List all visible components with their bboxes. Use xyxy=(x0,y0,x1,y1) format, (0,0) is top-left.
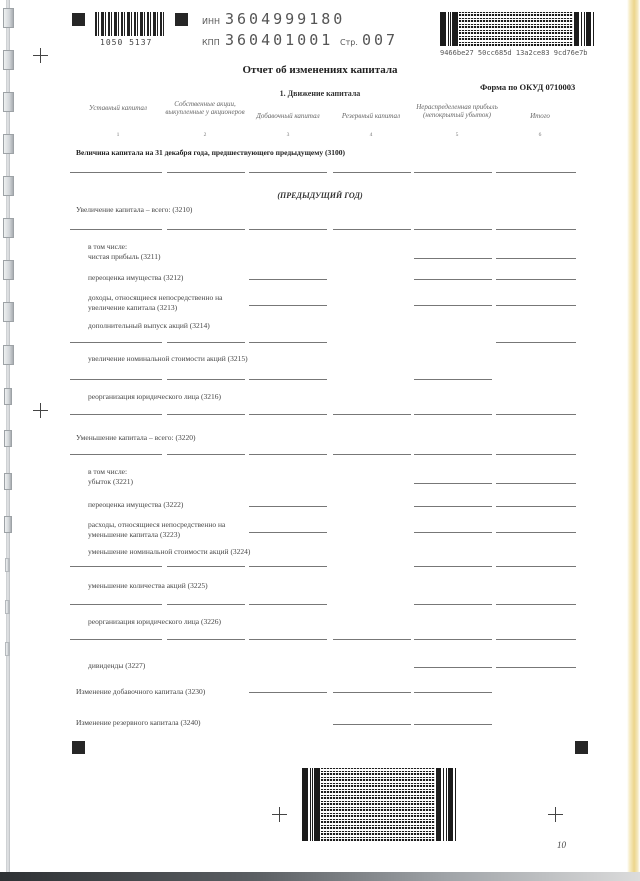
entry-line-col-5 xyxy=(414,724,492,725)
binder-ring xyxy=(3,218,14,238)
kpp-value: 360401001 xyxy=(225,31,333,49)
entry-line-col-2 xyxy=(167,379,245,380)
period-label: (ПРЕДЫДУЩИЙ ГОД) xyxy=(0,191,640,200)
entry-line-col-2 xyxy=(167,229,245,230)
entry-line-col-3 xyxy=(249,279,327,280)
binder-ring xyxy=(4,430,12,447)
entry-line-col-3 xyxy=(249,639,327,640)
page-value: 007 xyxy=(362,31,398,49)
column-header: Добавочный капитал xyxy=(248,112,328,120)
linear-barcode xyxy=(95,12,165,36)
page-label: Стр. xyxy=(340,38,358,47)
entry-line-col-5 xyxy=(414,639,492,640)
entry-line-col-6 xyxy=(496,454,576,455)
registration-cross-icon xyxy=(33,403,48,418)
entry-line-col-5 xyxy=(414,172,492,173)
binder-ring xyxy=(4,388,12,405)
entry-line-col-6 xyxy=(496,342,576,343)
entry-line-col-1 xyxy=(70,172,162,173)
entry-line-col-2 xyxy=(167,604,245,605)
entry-line-col-5 xyxy=(414,258,492,259)
entry-line-col-6 xyxy=(496,258,576,259)
entry-line-col-3 xyxy=(249,506,327,507)
row-label-3216: реорганизация юридического лица (3216) xyxy=(88,392,221,402)
entry-line-col-2 xyxy=(167,454,245,455)
binder-ring xyxy=(5,642,10,656)
pdf417-guard xyxy=(302,768,320,841)
row-label-3210: Увеличение капитала – всего: (3210) xyxy=(76,205,192,215)
barcode-number: 1050 5137 xyxy=(100,38,152,47)
row-label-3221: убыток (3221) xyxy=(88,477,133,487)
entry-line-col-6 xyxy=(496,604,576,605)
column-number: 5 xyxy=(447,132,467,138)
entry-line-col-5 xyxy=(414,414,492,415)
entry-line-col-4 xyxy=(333,172,411,173)
inn-label: ИНН xyxy=(202,17,220,26)
entry-line-col-2 xyxy=(167,342,245,343)
binder-ring xyxy=(3,345,14,365)
registration-cross-icon xyxy=(33,48,48,63)
pdf417-guard xyxy=(436,768,456,841)
entry-line-col-6 xyxy=(496,667,576,668)
row-label-3222: переоценка имущества (3222) xyxy=(88,500,183,510)
entry-line-col-2 xyxy=(167,172,245,173)
entry-line-col-5 xyxy=(414,667,492,668)
entry-line-col-5 xyxy=(414,506,492,507)
binder-ring xyxy=(3,302,14,322)
row-prefix: в том числе: xyxy=(88,467,127,477)
binder-ring xyxy=(5,558,10,572)
entry-line-col-6 xyxy=(496,483,576,484)
column-header: Собственные акции, выкупленные у акционе… xyxy=(165,100,245,116)
binder-ring xyxy=(5,600,10,614)
corner-marker-icon xyxy=(175,13,188,26)
entry-line-col-6 xyxy=(496,279,576,280)
entry-line-col-5 xyxy=(414,566,492,567)
entry-line-col-2 xyxy=(167,414,245,415)
entry-line-col-3 xyxy=(249,604,327,605)
entry-line-col-5 xyxy=(414,454,492,455)
column-header: Резервный капитал xyxy=(331,112,411,120)
column-number: 1 xyxy=(108,132,128,138)
row-label-3215: увеличение номинальной стоимости акций (… xyxy=(88,354,248,364)
entry-line-col-6 xyxy=(496,229,576,230)
entry-line-col-4 xyxy=(333,692,411,693)
entry-line-col-1 xyxy=(70,229,162,230)
entry-line-col-1 xyxy=(70,414,162,415)
inn-value: 3604999180 xyxy=(225,10,345,28)
entry-line-col-3 xyxy=(249,532,327,533)
entry-line-col-3 xyxy=(249,566,327,567)
handwritten-page-number: 10 xyxy=(557,840,566,850)
registration-cross-icon xyxy=(272,807,287,822)
entry-line-col-6 xyxy=(496,566,576,567)
column-number: 2 xyxy=(195,132,215,138)
entry-line-col-6 xyxy=(496,305,576,306)
page-edge-bottom xyxy=(0,872,640,881)
entry-line-col-5 xyxy=(414,692,492,693)
row-label-3227: дивиденды (3227) xyxy=(88,661,145,671)
entry-line-col-3 xyxy=(249,379,327,380)
entry-line-col-5 xyxy=(414,604,492,605)
pdf417-code xyxy=(321,768,435,841)
row-label-3100: Величина капитала на 31 декабря года, пр… xyxy=(76,148,345,158)
binder-ring xyxy=(3,260,14,280)
corner-marker-icon xyxy=(72,13,85,26)
row-label-3230: Изменение добавочного капитала (3230) xyxy=(76,687,205,697)
row-label-3213: доходы, относящиеся непосредственно на у… xyxy=(88,293,253,313)
row-prefix: в том числе: xyxy=(88,242,127,252)
binder-ring xyxy=(3,134,14,154)
entry-line-col-3 xyxy=(249,172,327,173)
entry-line-col-4 xyxy=(333,414,411,415)
entry-line-col-1 xyxy=(70,639,162,640)
entry-line-col-5 xyxy=(414,279,492,280)
entry-line-col-6 xyxy=(496,532,576,533)
entry-line-col-1 xyxy=(70,379,162,380)
entry-line-col-6 xyxy=(496,172,576,173)
entry-line-col-6 xyxy=(496,506,576,507)
entry-line-col-2 xyxy=(167,566,245,567)
entry-line-col-2 xyxy=(167,639,245,640)
binder-ring xyxy=(4,473,12,490)
row-label-3211: чистая прибыль (3211) xyxy=(88,252,161,262)
column-header: Нераспределенная прибыль (непокрытый убы… xyxy=(414,103,500,119)
entry-line-col-6 xyxy=(496,639,576,640)
row-label-3225: уменьшение количества акций (3225) xyxy=(88,581,208,591)
section-title: 1. Движение капитала xyxy=(0,89,640,98)
entry-line-col-4 xyxy=(333,724,411,725)
entry-line-col-5 xyxy=(414,379,492,380)
entry-line-col-1 xyxy=(70,454,162,455)
entry-line-col-5 xyxy=(414,229,492,230)
code-hash: 9466be27 50cc685d 13a2ce83 9cd76e7b xyxy=(440,49,588,57)
entry-line-col-4 xyxy=(333,639,411,640)
row-label-3240: Изменение резервного капитала (3240) xyxy=(76,718,200,728)
pdf417-guard xyxy=(574,12,594,46)
row-label-3223: расходы, относящиеся непосредственно на … xyxy=(88,520,253,540)
column-header: Уставный капитал xyxy=(78,104,158,112)
entry-line-col-6 xyxy=(496,414,576,415)
column-header: Итого xyxy=(500,112,580,120)
kpp-label: КПП xyxy=(202,38,220,47)
row-label-3214: дополнительный выпуск акций (3214) xyxy=(88,321,210,331)
entry-line-col-3 xyxy=(249,454,327,455)
column-number: 6 xyxy=(530,132,550,138)
row-label-3220: Уменьшение капитала – всего: (3220) xyxy=(76,433,195,443)
entry-line-col-4 xyxy=(333,229,411,230)
entry-line-col-3 xyxy=(249,342,327,343)
entry-line-col-3 xyxy=(249,305,327,306)
entry-line-col-4 xyxy=(333,454,411,455)
pdf417-code xyxy=(459,12,573,46)
column-number: 4 xyxy=(361,132,381,138)
entry-line-col-1 xyxy=(70,342,162,343)
entry-line-col-5 xyxy=(414,532,492,533)
entry-line-col-3 xyxy=(249,229,327,230)
binder-ring xyxy=(3,8,14,28)
entry-line-col-3 xyxy=(249,692,327,693)
row-label-3224: уменьшение номинальной стоимости акций (… xyxy=(88,547,250,557)
document-title: Отчет об изменениях капитала xyxy=(0,64,640,76)
page-edge-right xyxy=(627,0,640,881)
corner-marker-icon xyxy=(72,741,85,754)
entry-line-col-5 xyxy=(414,483,492,484)
entry-line-col-3 xyxy=(249,414,327,415)
row-label-3226: реорганизация юридического лица (3226) xyxy=(88,617,221,627)
registration-cross-icon xyxy=(548,807,563,822)
column-number: 3 xyxy=(278,132,298,138)
row-label-3212: переоценка имущества (3212) xyxy=(88,273,183,283)
entry-line-col-1 xyxy=(70,566,162,567)
corner-marker-icon xyxy=(575,741,588,754)
pdf417-guard xyxy=(440,12,458,46)
entry-line-col-1 xyxy=(70,604,162,605)
binder-ring xyxy=(4,516,12,533)
entry-line-col-5 xyxy=(414,305,492,306)
